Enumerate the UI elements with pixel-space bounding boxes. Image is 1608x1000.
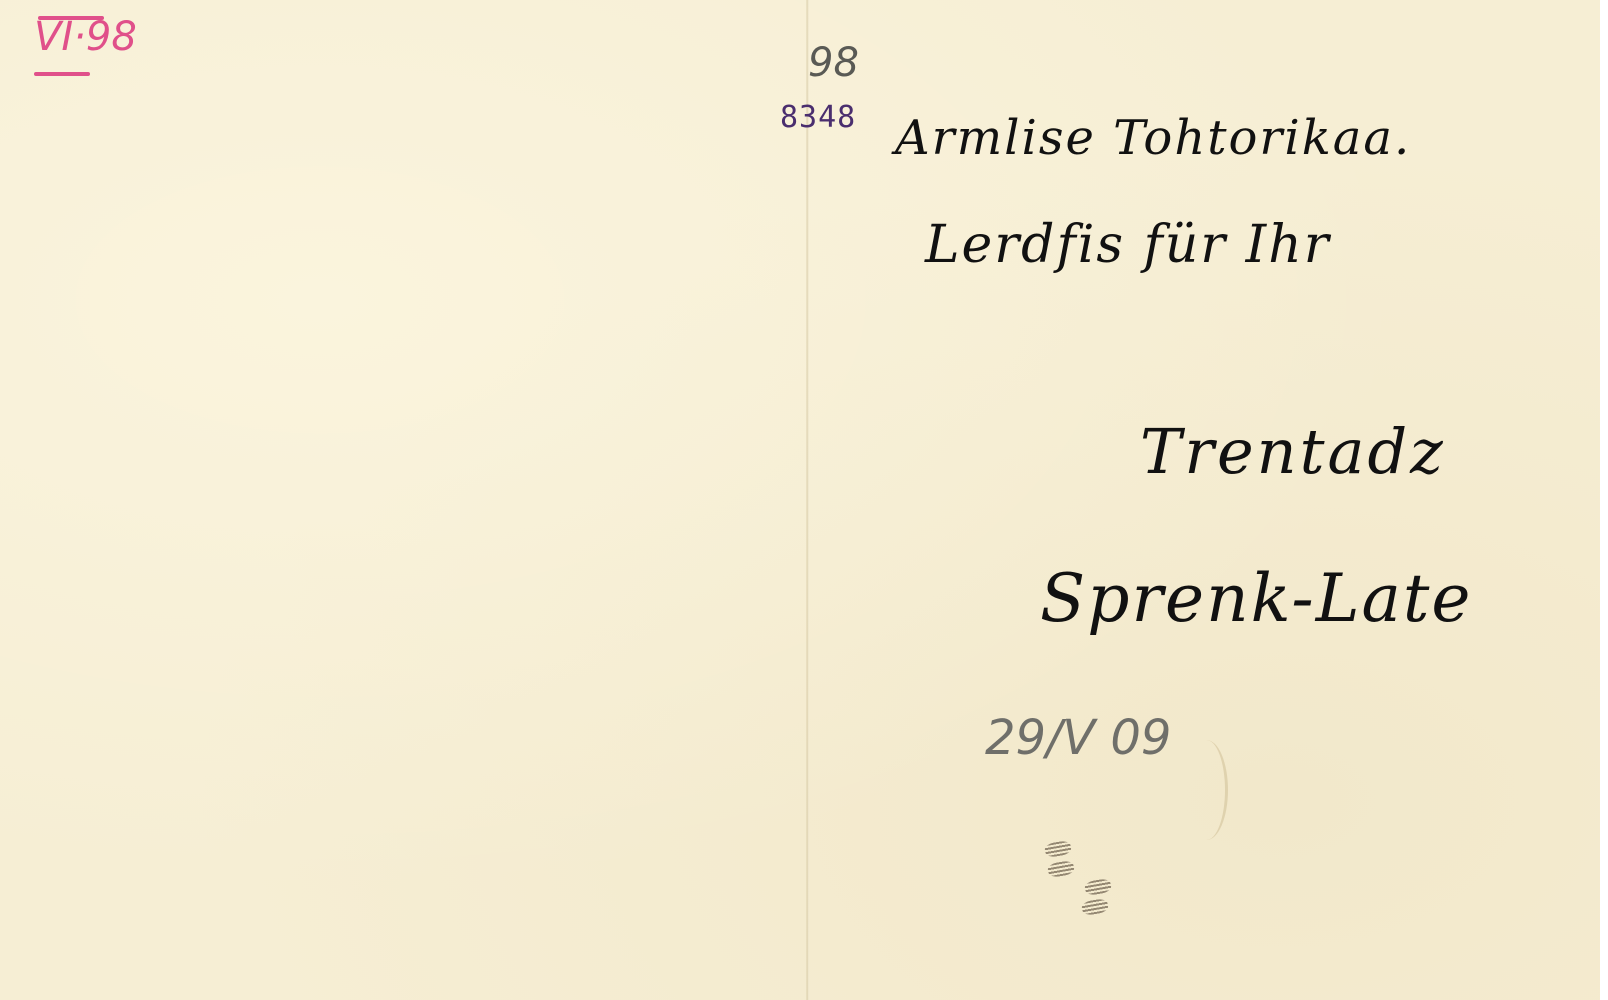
- ink-smudge: [1081, 898, 1109, 916]
- letter-paper: VI·98 98 8348 Armlise Tohtorikaa. Lerdfi…: [0, 0, 1600, 1000]
- paper-stain: [1185, 740, 1228, 840]
- pencil-date: 29/V 09: [985, 710, 1171, 766]
- ink-smudge: [1044, 840, 1072, 858]
- paper-fold-crease: [806, 0, 809, 1000]
- archive-mark-text: VI·98: [34, 14, 137, 60]
- stamp-number: 8348: [780, 100, 856, 135]
- archive-mark-underline: [34, 72, 90, 76]
- ink-smudge: [1047, 860, 1075, 878]
- pencil-number: 98: [808, 40, 859, 86]
- scan-background-edge: [1600, 0, 1608, 1000]
- ink-smudge: [1084, 878, 1112, 896]
- archive-mark-overline: [38, 16, 104, 20]
- handwriting-line-salutation: Armlise Tohtorikaa.: [895, 110, 1411, 166]
- handwriting-line-body: Lerdfis für Ihr: [925, 215, 1331, 275]
- signature: Sprenk-Late: [1040, 560, 1472, 637]
- handwriting-line-closing: Trentadz: [1140, 415, 1446, 488]
- archive-mark: VI·98: [34, 14, 137, 60]
